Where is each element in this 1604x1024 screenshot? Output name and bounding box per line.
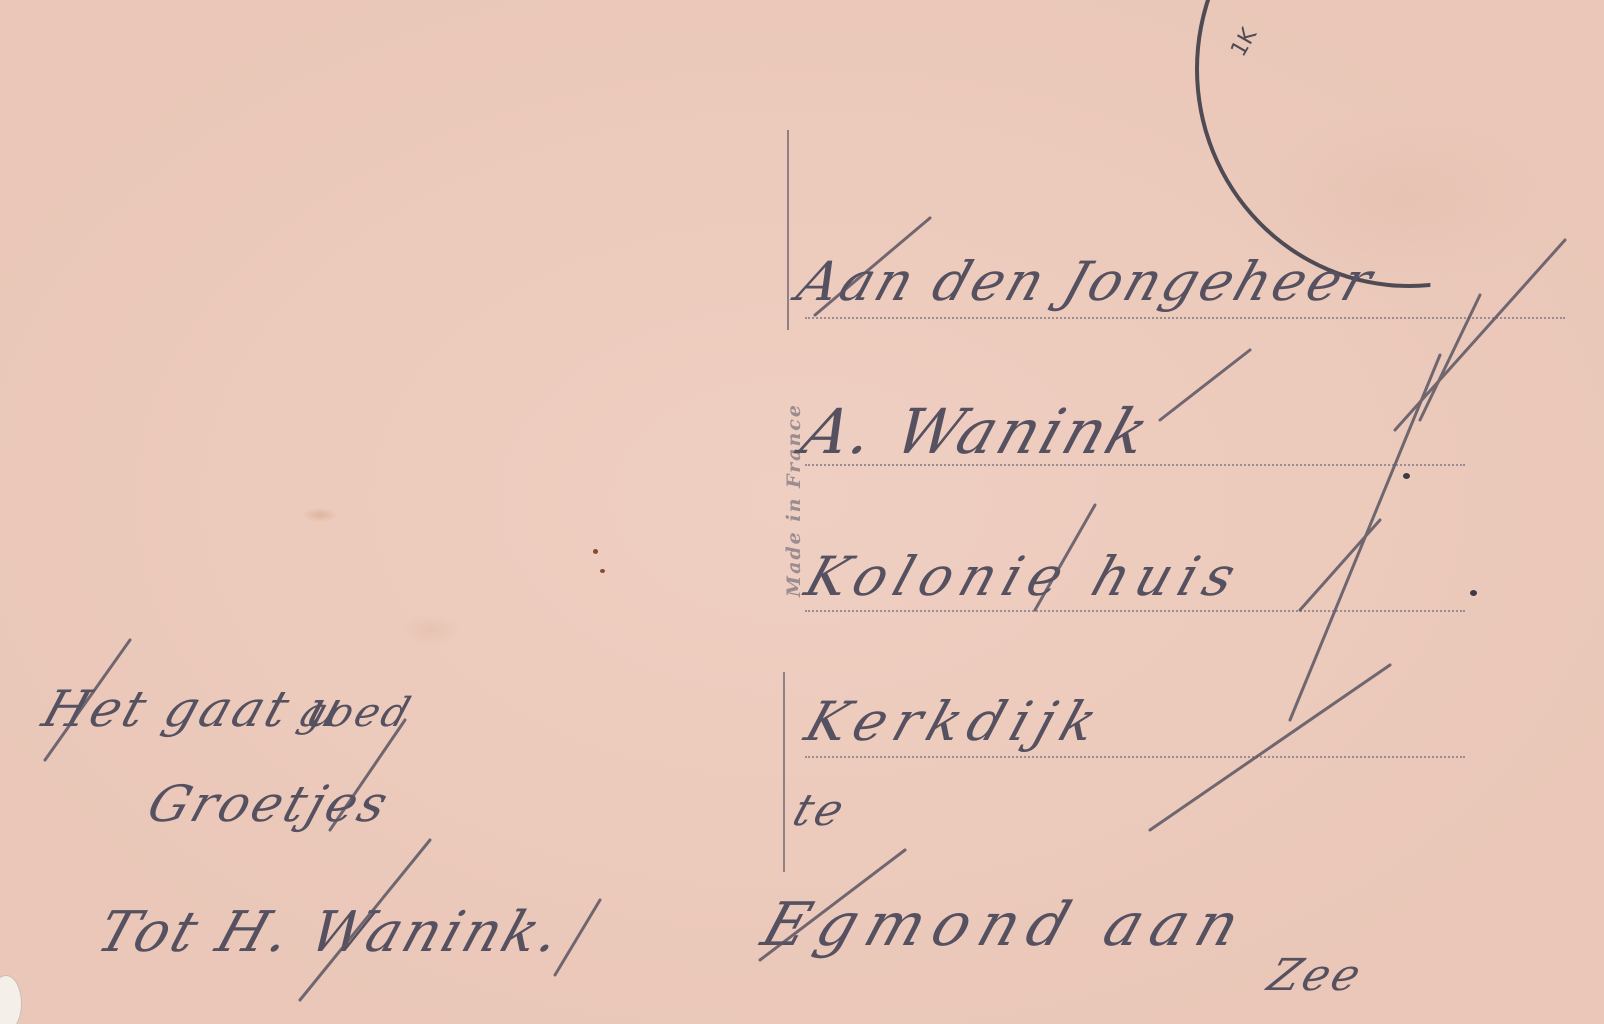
postcard-back: Made in France 1K Aan den Jongeheer A. W… [0, 0, 1604, 1024]
handwriting-strokes [0, 0, 1604, 1024]
ink-dot [1470, 590, 1477, 596]
paper-stain [600, 569, 605, 573]
paper-stain [593, 549, 598, 554]
ink-dot [1403, 473, 1410, 479]
